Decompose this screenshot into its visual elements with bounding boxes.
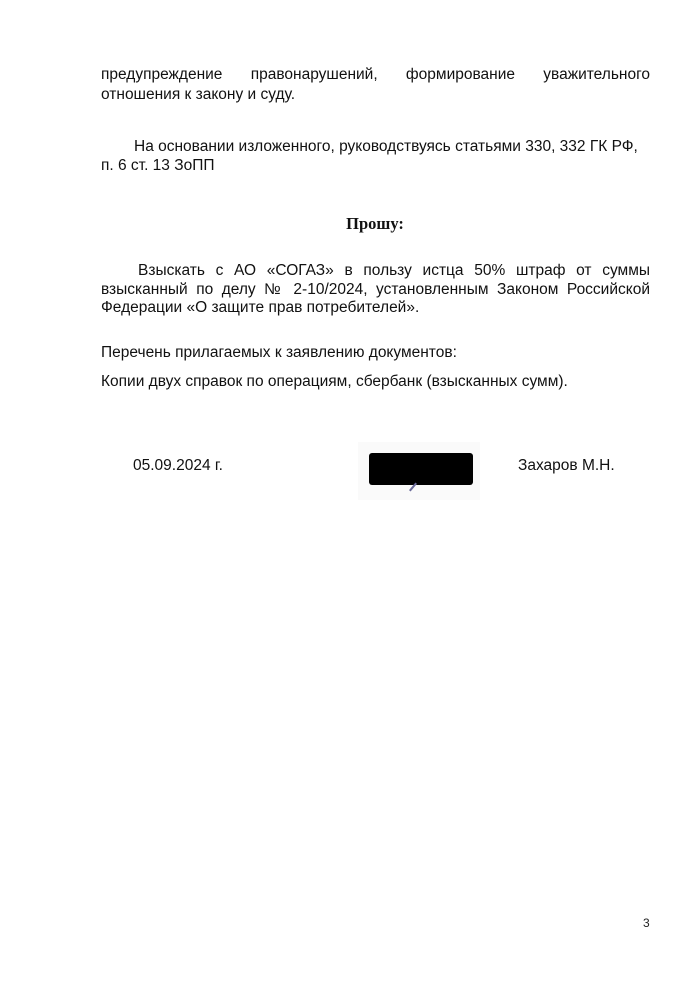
attachment-item: Копии двух справок по операциям, сбербан… — [101, 373, 568, 391]
request-line-1: Взыскать с АО «СОГАЗ» в пользу истца 50%… — [101, 262, 650, 280]
text-word: уважительного — [543, 66, 650, 83]
attachments-label: Перечень прилагаемых к заявлению докумен… — [101, 344, 457, 362]
request-line-3: Федерации «О защите прав потребителей». — [101, 299, 419, 317]
request-line-2: взысканный по делу № 2-10/2024, установл… — [101, 281, 650, 299]
text-word: предупреждение — [101, 66, 222, 83]
paragraph-1-line-1: предупреждение правонарушений, формирова… — [101, 66, 650, 84]
paragraph-2-line-2: п. 6 ст. 13 ЗоПП — [101, 157, 215, 175]
signature-date: 05.09.2024 г. — [133, 457, 223, 475]
document-page: предупреждение правонарушений, формирова… — [0, 0, 700, 990]
page-number: 3 — [643, 916, 650, 930]
signatory-name: Захаров М.Н. — [518, 457, 615, 475]
text-word: формирование — [406, 66, 515, 83]
paragraph-1-line-2: отношения к закону и суду. — [101, 86, 295, 104]
paragraph-2-line-1: На основании изложенного, руководствуясь… — [134, 138, 638, 156]
text-word: правонарушений, — [251, 66, 378, 83]
redacted-signature — [369, 453, 473, 485]
request-heading: Прошу: — [0, 214, 700, 234]
